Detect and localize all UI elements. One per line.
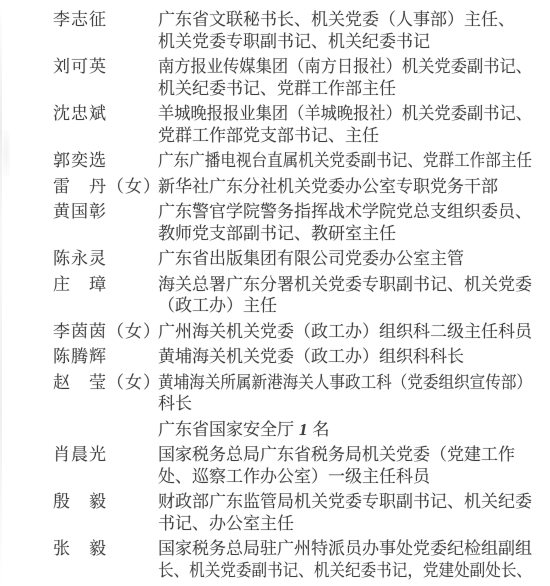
position-line: 南方报业传媒集团（南方日报社）机关党委副书记、 [158, 56, 516, 78]
roster-entry: 赵 莹（女）黄埔海关所属新港海关人事政工科（党委组织宣传部）科长 [0, 372, 550, 415]
person-name: 李志征 [53, 9, 158, 31]
section-heading: 广东省国家安全厅1名 [158, 419, 550, 441]
position-line: 羊城晚报报业集团（羊城晚报社）机关党委副书记、 [158, 103, 516, 125]
roster-entry: 陈永灵广东省出版集团有限公司党委办公室主管 [0, 248, 550, 270]
position-line: 书记、办公室主任 [158, 513, 532, 535]
person-name: 沈忠斌 [53, 103, 158, 125]
position-line: 国家税务总局广东省税务局机关党委（党建工作 [158, 444, 532, 466]
position-line: 广东省文联秘书长、机关党委（人事部）主任、 [158, 9, 532, 31]
section-count: 1 [294, 420, 313, 439]
person-name: 赵 莹（女） [53, 372, 158, 394]
position-lines: 广东警官学院警务指挥战术学院党总支组织委员、教师党支部副书记、教研室主任 [158, 201, 532, 244]
position-line: 教师党支部副书记、教研室主任 [158, 223, 532, 245]
roster-entry: 肖晨光国家税务总局广东省税务局机关党委（党建工作处、巡察工作办公室）一级主任科员 [0, 444, 550, 487]
position-line: （政工办）主任 [158, 295, 532, 317]
person-name: 陈腾辉 [53, 346, 158, 368]
position-lines: 南方报业传媒集团（南方日报社）机关党委副书记、机关纪委书记、党群工作部主任 [158, 56, 532, 99]
person-name: 肖晨光 [53, 444, 158, 466]
position-lines: 羊城晚报报业集团（羊城晚报社）机关党委副书记、党群工作部党支部书记、主任 [158, 103, 532, 146]
position-line: 国家税务总局驻广州特派员办事处党委纪检组副组 [158, 538, 532, 560]
position-line: 科长 [158, 393, 532, 415]
position-line: 机关党委专职副书记、机关纪委书记 [158, 31, 532, 53]
position-line: 长、机关党委副书记、机关纪委书记，党建处副处长、 [158, 560, 501, 582]
position-line: 黄埔海关机关党委（政工办）组织科科长 [158, 346, 532, 368]
person-name: 李茵茵（女） [53, 321, 158, 343]
roster-entry: 庄 璋海关总署广东分署机关党委专职副书记、机关党委（政工办）主任 [0, 274, 550, 317]
position-line: 新华社广东分社机关党委办公室专职党务干部 [158, 176, 532, 198]
roster-entry: 李茵茵（女）广州海关机关党委（政工办）组织科二级主任科员 [0, 321, 550, 343]
roster-entry: 黄国彰广东警官学院警务指挥战术学院党总支组织委员、教师党支部副书记、教研室主任 [0, 201, 550, 244]
position-line: 海关总署广东分署机关党委专职副书记、机关党委 [158, 274, 532, 296]
roster-entry: 雷 丹（女）新华社广东分社机关党委办公室专职党务干部 [0, 176, 550, 198]
position-lines: 广东省出版集团有限公司党委办公室主管 [158, 248, 532, 270]
position-line: 广东广播电视台直属机关党委副书记、党群工作部主任 [158, 150, 501, 172]
document-page: 李志征广东省文联秘书长、机关党委（人事部）主任、机关党委专职副书记、机关纪委书记… [0, 0, 550, 586]
person-name: 陈永灵 [53, 248, 158, 270]
section-count-unit: 名 [313, 420, 330, 439]
roster-entry: 殷 毅财政部广东监管局机关党委专职副书记、机关纪委书记、办公室主任 [0, 491, 550, 534]
person-name: 张 毅 [53, 538, 158, 560]
roster-entry: 张 毅国家税务总局驻广州特派员办事处党委纪检组副组长、机关党委副书记、机关纪委书… [0, 538, 550, 581]
roster-entry: 沈忠斌羊城晚报报业集团（羊城晚报社）机关党委副书记、党群工作部党支部书记、主任 [0, 103, 550, 146]
position-lines: 广东广播电视台直属机关党委副书记、党群工作部主任 [158, 150, 532, 172]
position-line: 广东警官学院警务指挥战术学院党总支组织委员、 [158, 201, 532, 223]
position-line: 党群工作部党支部书记、主任 [158, 125, 532, 147]
position-line: 黄埔海关所属新港海关人事政工科（党委组织宣传部） [158, 372, 501, 394]
roster-entry: 刘可英南方报业传媒集团（南方日报社）机关党委副书记、机关纪委书记、党群工作部主任 [0, 56, 550, 99]
position-lines: 黄埔海关所属新港海关人事政工科（党委组织宣传部）科长 [158, 372, 532, 415]
position-lines: 国家税务总局驻广州特派员办事处党委纪检组副组长、机关党委副书记、机关纪委书记，党… [158, 538, 532, 581]
position-lines: 广东省文联秘书长、机关党委（人事部）主任、机关党委专职副书记、机关纪委书记 [158, 9, 532, 52]
position-lines: 国家税务总局广东省税务局机关党委（党建工作处、巡察工作办公室）一级主任科员 [158, 444, 532, 487]
position-lines: 黄埔海关机关党委（政工办）组织科科长 [158, 346, 532, 368]
person-name: 庄 璋 [53, 274, 158, 296]
person-name: 刘可英 [53, 56, 158, 78]
roster-entry: 郭奕选广东广播电视台直属机关党委副书记、党群工作部主任 [0, 150, 550, 172]
position-line: 处、巡察工作办公室）一级主任科员 [158, 466, 532, 488]
position-line: 机关纪委书记、党群工作部主任 [158, 78, 532, 100]
roster-entry: 陈腾辉黄埔海关机关党委（政工办）组织科科长 [0, 346, 550, 368]
position-lines: 新华社广东分社机关党委办公室专职党务干部 [158, 176, 532, 198]
roster-entry: 李志征广东省文联秘书长、机关党委（人事部）主任、机关党委专职副书记、机关纪委书记 [0, 9, 550, 52]
section-heading-text: 广东省国家安全厅 [158, 420, 294, 439]
position-line: 财政部广东监管局机关党委专职副书记、机关纪委 [158, 491, 532, 513]
roster: 李志征广东省文联秘书长、机关党委（人事部）主任、机关党委专职副书记、机关纪委书记… [0, 9, 550, 581]
position-line: 广州海关机关党委（政工办）组织科二级主任科员 [158, 321, 532, 343]
position-lines: 财政部广东监管局机关党委专职副书记、机关纪委书记、办公室主任 [158, 491, 532, 534]
person-name: 雷 丹（女） [53, 176, 158, 198]
position-lines: 海关总署广东分署机关党委专职副书记、机关党委（政工办）主任 [158, 274, 532, 317]
position-line: 广东省出版集团有限公司党委办公室主管 [158, 248, 532, 270]
person-name: 郭奕选 [53, 150, 158, 172]
person-name: 殷 毅 [53, 491, 158, 513]
position-lines: 广州海关机关党委（政工办）组织科二级主任科员 [158, 321, 532, 343]
person-name: 黄国彰 [53, 201, 158, 223]
